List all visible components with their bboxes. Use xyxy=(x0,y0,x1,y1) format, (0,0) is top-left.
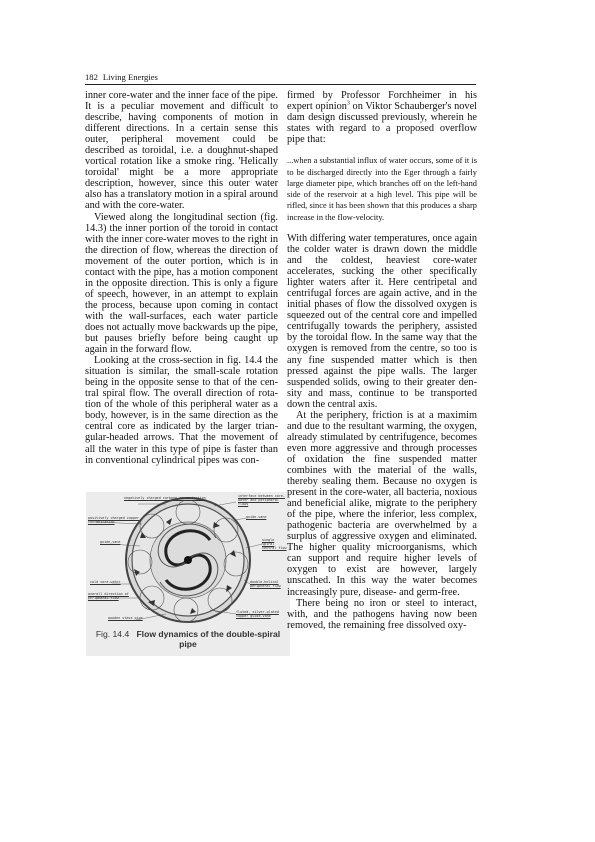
figure-annotation: guide-vane xyxy=(100,540,120,544)
figure-annotation: cold core-water xyxy=(90,580,121,584)
paragraph: At the periphery, friction is at a maxim… xyxy=(287,410,477,598)
figure-label: Fig. 14.4 xyxy=(96,629,129,639)
paragraph: There being no iron or steel to interact… xyxy=(287,598,477,631)
figure-annotation: single spiral central flow xyxy=(262,538,288,550)
paragraph: firmed by Professor Forchheimer in his e… xyxy=(287,90,477,145)
figure-caption: Fig. 14.4 Flow dynamics of the double-sp… xyxy=(86,629,290,649)
running-header: 182Living Energies xyxy=(85,72,476,85)
figure-annotation: double-helical peripheral flow xyxy=(250,580,288,588)
figure-annotation: interface between core-water and periphe… xyxy=(238,494,286,506)
figure-annotation: negatively charged carbone concentration xyxy=(124,496,206,500)
page-number: 182 xyxy=(85,72,98,82)
paragraph: Viewed along the longitudinal section (f… xyxy=(85,212,278,356)
figure-annotation: fluted, silver-plated copper guide-vane xyxy=(236,610,280,618)
right-column: firmed by Professor Forchheimer in his e… xyxy=(287,90,477,631)
figure-14-4: negatively charged carbone concentration… xyxy=(86,492,290,656)
figure-annotation: wooden stave pipe xyxy=(108,616,143,620)
figure-annotation: overall direction of peripheral flow xyxy=(88,592,138,600)
figure-title: Flow dynamics of the double-spiral pipe xyxy=(136,629,280,649)
figure-annotation: guide-vane xyxy=(246,515,266,519)
paragraph: Looking at the cross-section in fig. 14.… xyxy=(85,355,278,465)
block-quote: ...when a substantial influx of water oc… xyxy=(287,155,477,223)
paragraph: inner core-water and the inner face of t… xyxy=(85,90,278,212)
left-column: inner core-water and the inner face of t… xyxy=(85,90,278,466)
running-title: Living Energies xyxy=(103,72,158,82)
figure-annotation: positively charged copper concentration xyxy=(88,516,140,524)
double-spiral-pipe-diagram xyxy=(86,492,290,628)
paragraph: With differing water temperatures, once … xyxy=(287,233,477,410)
